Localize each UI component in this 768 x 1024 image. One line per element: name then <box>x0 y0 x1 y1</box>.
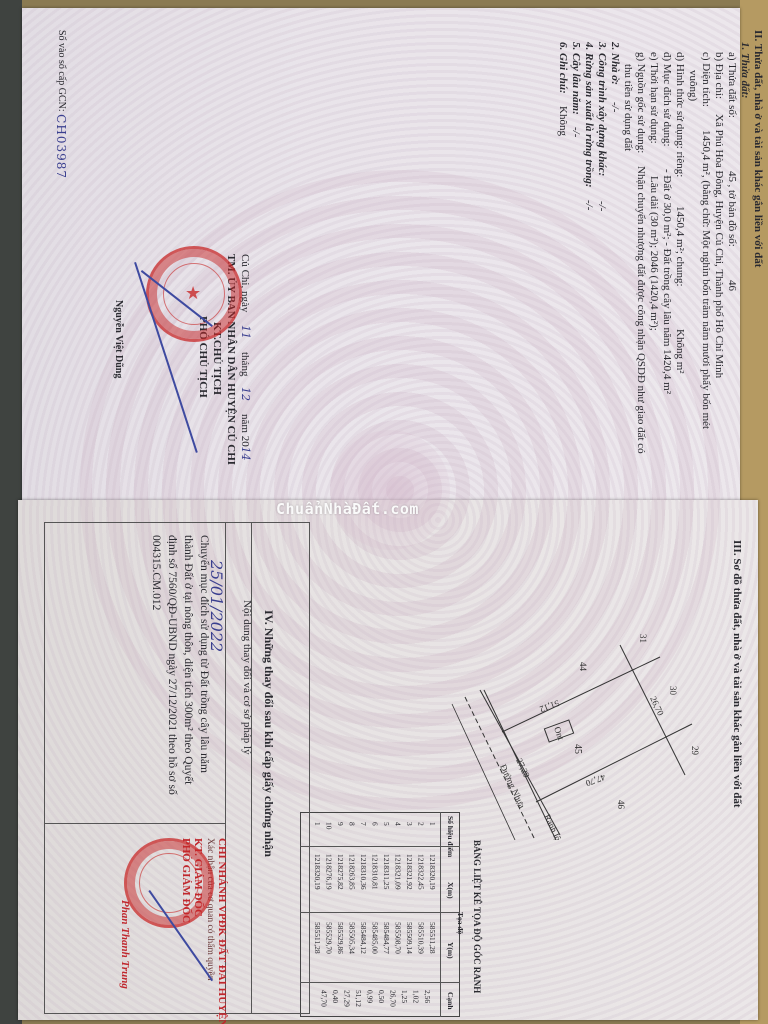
coord-cell-x: 1218321,92 <box>405 854 414 890</box>
coord-cell-point: 4 <box>394 822 403 826</box>
sign-day: 11 <box>238 315 252 339</box>
svg-text:Ranh lộ giới: Ranh lộ giới <box>542 813 570 840</box>
coord-cell-point: 7 <box>359 822 368 826</box>
coord-cell-x: 1218275,82 <box>336 854 345 890</box>
notes-line: 6. Ghi chú: Không <box>556 30 569 450</box>
coord-cell-x: 1218320,19 <box>313 854 322 890</box>
coord-cell-y: 585529,86 <box>336 922 345 954</box>
watermark-logo: ChuẩnNhàĐất.com <box>276 500 419 518</box>
svg-text:51,12: 51,12 <box>538 698 560 714</box>
coord-cell-x: 1218276,19 <box>325 854 334 890</box>
forest-line: 4. Rừng sản xuất là rừng trồng: -/- <box>582 30 595 450</box>
svg-text:27,29: 27,29 <box>514 757 532 780</box>
coord-cell-x: 1218322,45 <box>417 854 426 890</box>
coord-header-point: Số hiệu điểm <box>446 816 455 857</box>
coord-cell-edge: 26,70 <box>389 990 398 1007</box>
svg-text:31: 31 <box>638 634 648 643</box>
signer-name: Nguyễn Việt Dũng <box>112 300 125 420</box>
parcel-diagram-svg: 31 30 29 44 46 45 Ont 51,12 26,70 47,70 … <box>420 620 720 840</box>
emblem-center <box>330 430 450 550</box>
svg-text:44: 44 <box>578 662 588 672</box>
section4-col-content: Nội dung thay đổi và cơ sở pháp lý <box>240 600 253 800</box>
coord-cell-y: 585484,12 <box>359 922 368 954</box>
coord-cell-edge: 0,99 <box>366 990 375 1003</box>
svg-text:45: 45 <box>572 744 583 754</box>
coord-cell-point: 10 <box>325 822 334 830</box>
serial-value: CH03987 <box>54 114 68 179</box>
coord-cell-x: 1218321,09 <box>394 854 403 890</box>
coord-cell-point: 5 <box>382 822 391 826</box>
section3-title: III. Sơ đồ thửa đất, nhà ở và tài sản kh… <box>730 540 743 870</box>
coord-cell-point: 8 <box>348 822 357 826</box>
area-cont: vuông) <box>686 30 699 450</box>
area-line: c) Diện tích: 1450,4 m², (bằng chữ: Một … <box>699 30 712 450</box>
sign-month: 12 <box>238 379 252 401</box>
svg-text:Ont: Ont <box>552 725 566 742</box>
coord-cell-edge: 1,25 <box>400 990 409 1003</box>
coord-cell-edge: 1,02 <box>412 990 421 1003</box>
section4-title: IV. Những thay đổi sau khi cấp giấy chứn… <box>262 610 275 970</box>
coord-header-y: Y(m) <box>446 942 455 959</box>
section2-title: II. Thửa đất, nhà ở và tài sản khác gắn … <box>751 30 764 450</box>
change-entry: Chuyển mục đích sử dụng từ Đất trồng cây… <box>148 535 212 865</box>
coord-cell-point: 3 <box>405 822 414 826</box>
address-line: b) Địa chỉ: Xã Phú Hòa Đông, Huyện Củ Ch… <box>712 30 725 450</box>
svg-text:46: 46 <box>616 800 626 810</box>
coord-cell-point: 1 <box>313 822 322 826</box>
coord-cell-point: 2 <box>417 822 426 826</box>
parcel-number: 45 <box>725 121 738 182</box>
coord-cell-y: 585484,77 <box>382 922 391 954</box>
coord-cell-y: 585508,70 <box>394 922 403 954</box>
parcel-line: a) Thửa đất số: 45 , tờ bản đồ số: 46 <box>725 30 738 450</box>
authority-signer: Phan Thanh Trung <box>118 900 131 1000</box>
svg-text:29: 29 <box>690 746 700 756</box>
coord-cell-y: 585509,14 <box>405 922 414 954</box>
parcel-diagram: 31 30 29 44 46 45 Ont 51,12 26,70 47,70 … <box>420 620 720 840</box>
coord-cell-y: 585510,39 <box>417 922 426 954</box>
area-value: 1450,4 m², (bằng chữ: Một nghìn bốn trăm… <box>699 110 712 429</box>
purpose-line: đ) Mục đích sử dụng: - Đất ở 30,0 m²; - … <box>660 30 673 450</box>
serial-number: Số vào sổ cấp GCN: CH03987 <box>54 30 68 230</box>
section-land-info: II. Thửa đất, nhà ở và tài sản khác gắn … <box>556 30 764 450</box>
house-line: 2. Nhà ở: -/- <box>608 30 621 450</box>
coord-cell-point: 1 <box>428 822 437 826</box>
coord-cell-y: 585529,70 <box>325 922 334 954</box>
address-value: Xã Phú Hòa Đông, Huyện Củ Chi, Thành phố… <box>712 102 725 378</box>
coord-table-frame <box>300 812 460 1017</box>
coord-table-title: BẢNG LIỆT KÊ TỌA ĐỘ GÓC RANH <box>470 840 483 1010</box>
coord-cell-x: 1218310,36 <box>359 854 368 890</box>
coord-cell-x: 1218310,81 <box>371 854 380 890</box>
stamp-star-icon: ★ <box>185 283 201 304</box>
perennial-line: 5. Cây lâu năm: -/- <box>569 30 582 450</box>
coord-cell-y: 585485,00 <box>371 922 380 954</box>
coord-cell-edge: 27,29 <box>343 990 352 1007</box>
coord-cell-x: 1218263,85 <box>348 854 357 890</box>
official-stamp-upper: ★ <box>146 246 242 342</box>
coord-cell-x: 1218320,19 <box>428 854 437 890</box>
coord-cell-y: 585511,28 <box>428 922 437 954</box>
other-works-line: 3. Công trình xây dựng khác: -/- <box>595 30 608 450</box>
coord-cell-y: 585505,34 <box>348 922 357 954</box>
diagram-labels: 31 30 29 44 46 45 Ont 51,12 26,70 47,70 … <box>498 634 700 840</box>
term-line: e) Thời hạn sử dụng: Lâu dài (30 m²); 20… <box>647 30 660 450</box>
coord-cell-point: 9 <box>336 822 345 826</box>
coord-cell-edge: 0,40 <box>331 990 340 1003</box>
coord-header-coords: Tọa độ <box>456 912 465 934</box>
coord-table: Số hiệu điểmX(m)Tọa độY(m)Cạnh11218320,1… <box>300 812 460 1017</box>
coord-cell-x: 1218311,25 <box>382 854 391 889</box>
map-sheet-number: 46 <box>725 250 738 291</box>
coord-header-edge: Cạnh <box>446 992 455 1010</box>
coord-cell-point: 6 <box>371 822 380 826</box>
svg-text:47,70: 47,70 <box>584 772 607 788</box>
coord-header-x: X(m) <box>446 882 455 899</box>
use-form-line: d) Hình thức sử dụng: riêng: 1450,4 m²; … <box>673 30 686 450</box>
land-heading: 1. Thửa đất: <box>738 30 751 450</box>
coord-cell-edge: 51,12 <box>354 990 363 1007</box>
coord-cell-edge: 2,56 <box>423 990 432 1003</box>
coord-cell-y: 585511,28 <box>313 922 322 954</box>
origin-cont: thu tiền sử dụng đất <box>621 30 634 450</box>
coord-cell-edge: 0,50 <box>377 990 386 1003</box>
svg-text:30: 30 <box>668 686 678 696</box>
sign-year: 14 <box>239 447 252 461</box>
official-stamp-lower <box>124 838 214 928</box>
origin-line: g) Nguồn gốc sử dụng: Nhận chuyển nhượng… <box>634 30 647 450</box>
coord-cell-edge: 47,70 <box>320 990 329 1007</box>
